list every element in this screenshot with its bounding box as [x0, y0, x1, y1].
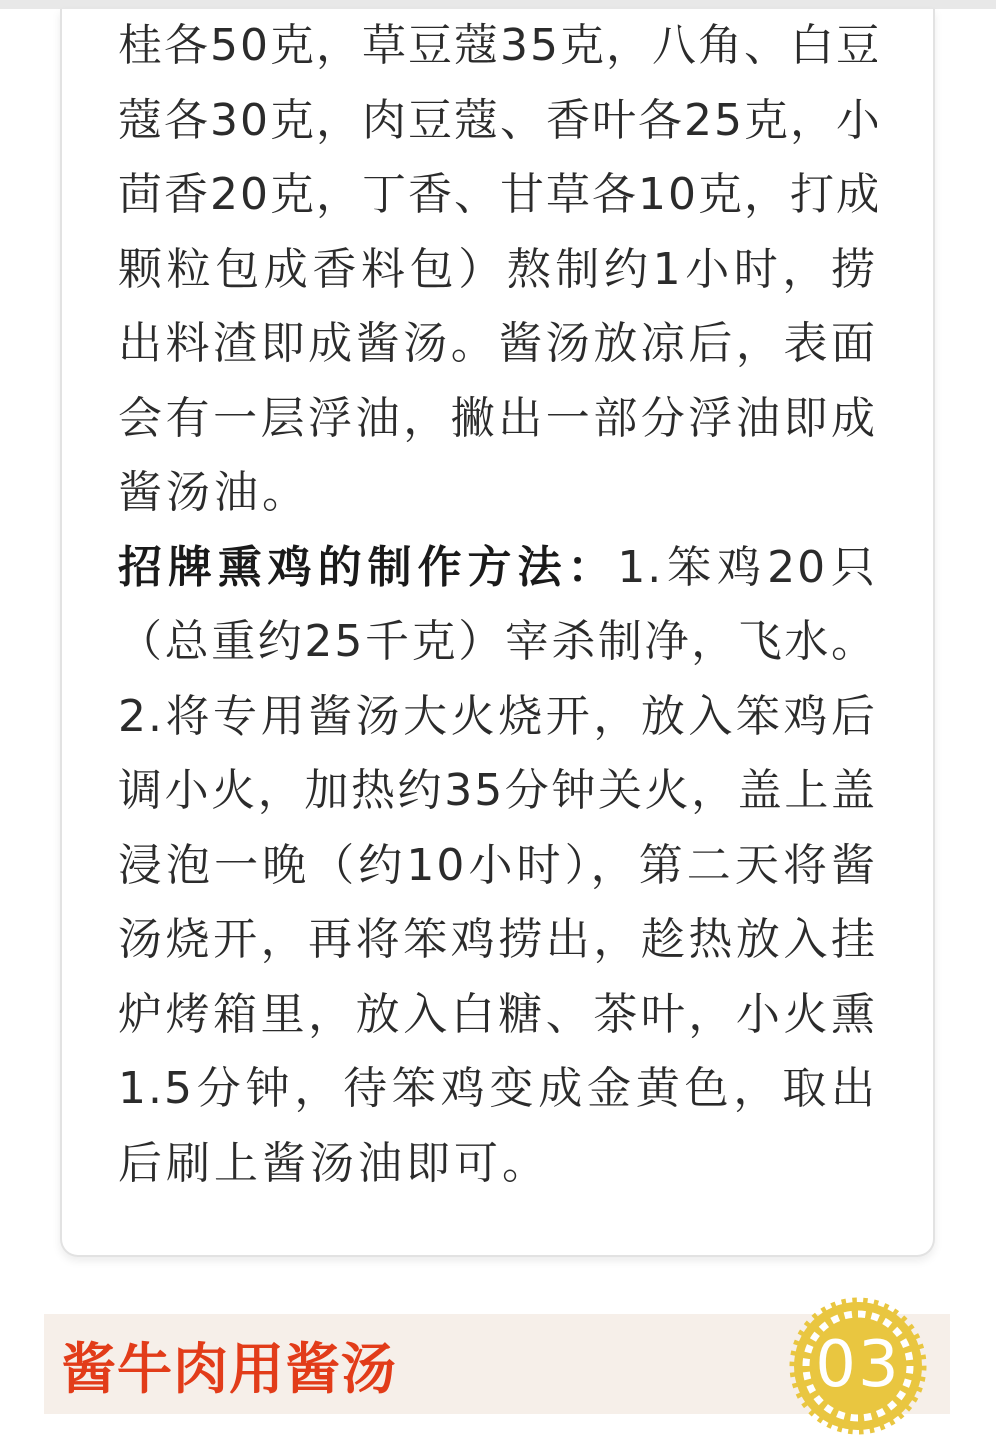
section-title: 酱牛肉用酱汤 — [61, 1325, 397, 1404]
text-line: 桂各50克，草豆蔻35克，八角、白豆 — [118, 9, 877, 84]
method-heading-rest: 1.笨鸡20只 — [617, 542, 877, 593]
badge-number: 03 — [789, 1297, 927, 1435]
text-line: 1.5分钟，待笨鸡变成金黄色，取出 — [118, 1052, 877, 1127]
text-line: 炉烤箱里，放入白糖、茶叶，小火熏 — [118, 978, 877, 1053]
text-line: 酱汤油。 — [118, 456, 877, 531]
text-line: 2.将专用酱汤大火烧开，放入笨鸡后 — [118, 680, 877, 755]
text-line: 调小火，加热约35分钟关火，盖上盖 — [118, 754, 877, 829]
text-line: 会有一层浮油，撇出一部分浮油即成 — [118, 382, 877, 457]
recipe-card: 桂各50克，草豆蔻35克，八角、白豆 蔻各30克，肉豆蔻、香叶各25克，小 茴香… — [60, 9, 935, 1257]
text-line: 蔻各30克，肉豆蔻、香叶各25克，小 — [118, 84, 877, 159]
method-heading-line: 招牌熏鸡的制作方法：1.笨鸡20只 — [118, 531, 877, 606]
top-divider — [0, 0, 996, 9]
text-line: 浸泡一晚（约10小时），第二天将酱 — [118, 829, 877, 904]
page-number-badge: 03 — [789, 1297, 927, 1435]
text-line: 出料渣即成酱汤。酱汤放凉后，表面 — [118, 307, 877, 382]
text-line: 后刷上酱汤油即可。 — [118, 1127, 877, 1202]
text-line: 茴香20克，丁香、甘草各10克，打成 — [118, 158, 877, 233]
text-line: 汤烧开，再将笨鸡捞出，趁热放入挂 — [118, 903, 877, 978]
text-line: 颗粒包成香料包）熬制约1小时，捞 — [118, 233, 877, 308]
method-heading: 招牌熏鸡的制作方法： — [118, 542, 617, 593]
text-line: （总重约25千克）宰杀制净，飞水。 — [118, 605, 877, 680]
page: { "page": { "background": "#ffffff", "to… — [0, 0, 996, 1438]
